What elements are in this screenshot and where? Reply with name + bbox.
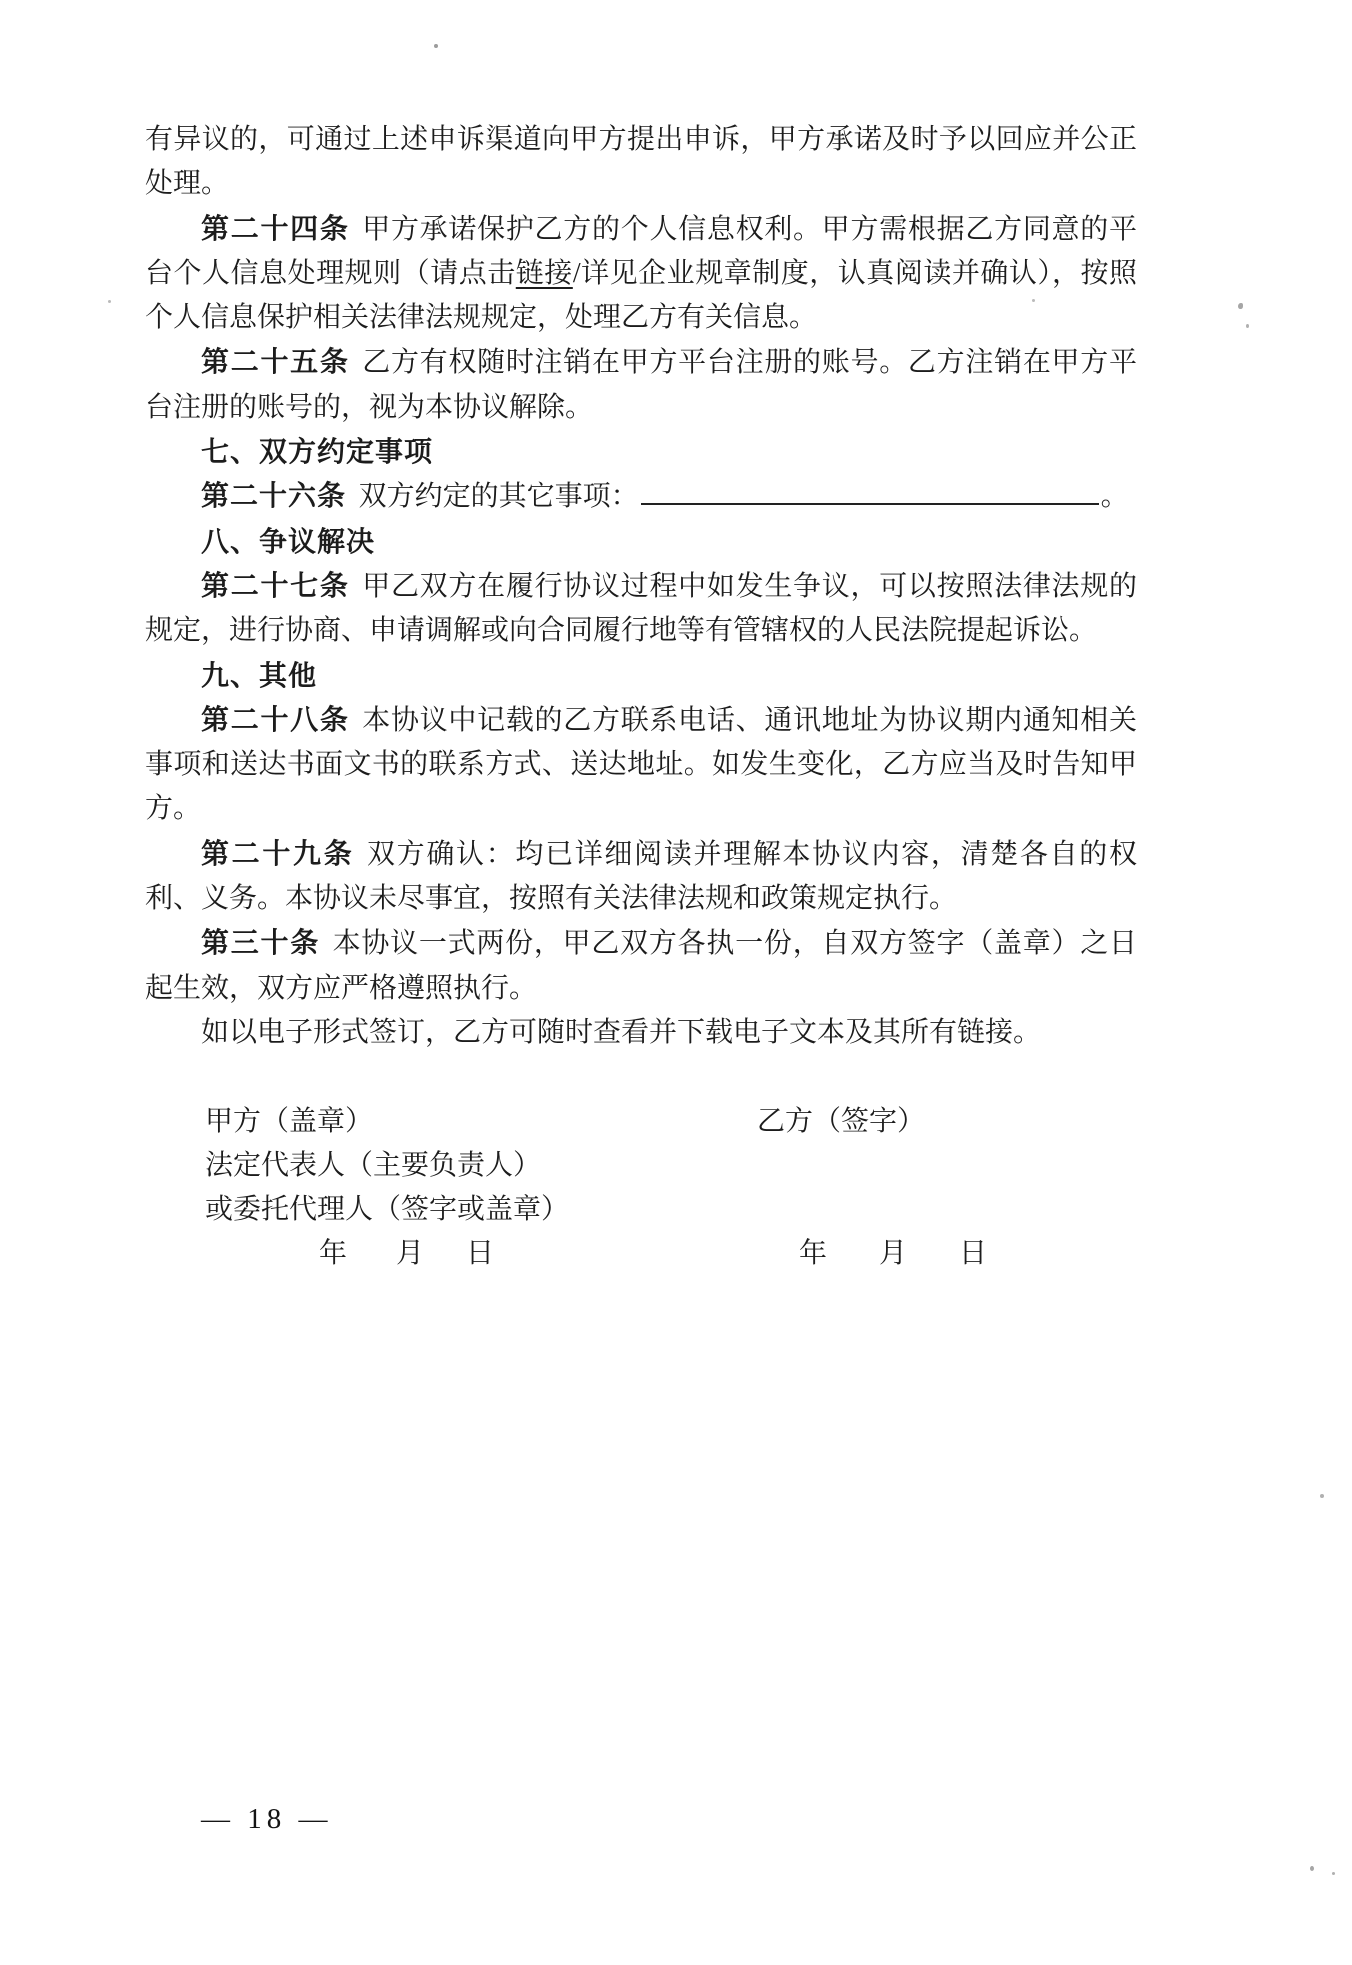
document-body: 有异议的，可通过上述申诉渠道向甲方提出申诉，甲方承诺及时予以回应并公正处理。第二… bbox=[145, 118, 1137, 1277]
article-number: 第二十四条 bbox=[201, 213, 350, 244]
section-heading: 九、其他 bbox=[145, 654, 1137, 698]
article-number: 第二十六条 bbox=[201, 480, 346, 511]
blank-label: 双方约定的其它事项： bbox=[359, 481, 639, 512]
article-number: 第三十条 bbox=[201, 927, 320, 958]
scan-speck bbox=[1332, 1872, 1335, 1875]
article-paragraph: 第二十五条乙方有权随时注销在甲方平台注册的账号。乙方注销在甲方平台注册的账号的，… bbox=[145, 340, 1137, 430]
scan-speck bbox=[1320, 1494, 1324, 1498]
article-paragraph: 第二十四条甲方承诺保护乙方的个人信息权利。甲方需根据乙方同意的平台个人信息处理规… bbox=[145, 207, 1137, 341]
text-segment: 如以电子形式签订，乙方可随时查看并下载电子文本及其所有链接。 bbox=[201, 1017, 1041, 1048]
article-paragraph: 第二十九条双方确认：均已详细阅读并理解本协议内容，清楚各自的权利、义务。本协议未… bbox=[145, 832, 1137, 922]
date-field-day: 日 bbox=[466, 1232, 494, 1276]
date-field-year: 年 bbox=[799, 1232, 827, 1276]
section-heading: 七、双方约定事项 bbox=[145, 430, 1137, 474]
article-number: 第二十九条 bbox=[201, 838, 354, 869]
page-number: — 18 — bbox=[201, 1803, 333, 1836]
date-field-year: 年 bbox=[319, 1232, 347, 1276]
party-b-signature-label: 乙方（签字） bbox=[757, 1100, 925, 1144]
entrusted-agent-label: 或委托代理人（签字或盖章） bbox=[145, 1188, 1137, 1232]
party-a-signature-label: 甲方（盖章） bbox=[205, 1100, 373, 1144]
date-field-month: 月 bbox=[396, 1232, 424, 1276]
text-segment: 有异议的，可通过上述申诉渠道向甲方提出申诉，甲方承诺及时予以回应并公正处理。 bbox=[145, 124, 1137, 199]
article-number: 第二十八条 bbox=[201, 704, 350, 735]
signature-row-parties: 甲方（盖章）乙方（签字） bbox=[145, 1100, 1137, 1144]
section-heading: 八、争议解决 bbox=[145, 520, 1137, 564]
scan-speck bbox=[108, 300, 111, 303]
article-paragraph: 第二十八条本协议中记载的乙方联系电话、通讯地址为协议期内通知相关事项和送达书面文… bbox=[145, 698, 1137, 832]
article-number: 第二十五条 bbox=[201, 346, 350, 377]
article-paragraph: 第三十条本协议一式两份，甲乙双方各执一份，自双方签字（盖章）之日起生效，双方应严… bbox=[145, 921, 1137, 1011]
article-paragraph: 第二十六条双方约定的其它事项：。 bbox=[145, 474, 1137, 519]
scan-speck bbox=[1238, 303, 1243, 309]
scan-speck bbox=[434, 44, 438, 48]
scan-speck bbox=[1310, 1866, 1314, 1871]
article-paragraph: 第二十七条甲乙双方在履行协议过程中如发生争议，可以按照法律法规的规定，进行协商、… bbox=[145, 564, 1137, 654]
paragraph: 有异议的，可通过上述申诉渠道向甲方提出申诉，甲方承诺及时予以回应并公正处理。 bbox=[145, 118, 1137, 207]
legal-representative-label: 法定代表人（主要负责人） bbox=[145, 1144, 1137, 1188]
article-number: 第二十七条 bbox=[201, 570, 350, 601]
scanned-contract-page: 有异议的，可通过上述申诉渠道向甲方提出申诉，甲方承诺及时予以回应并公正处理。第二… bbox=[0, 0, 1352, 1965]
text-segment: 。 bbox=[1101, 481, 1129, 512]
scan-speck bbox=[1032, 299, 1035, 302]
fill-in-blank-line bbox=[641, 500, 1099, 505]
link-text: 链接 bbox=[516, 258, 573, 289]
blank-line-gap bbox=[145, 1055, 1137, 1099]
date-field-month: 月 bbox=[879, 1232, 907, 1276]
paragraph: 如以电子形式签订，乙方可随时查看并下载电子文本及其所有链接。 bbox=[145, 1011, 1137, 1055]
date-field-day: 日 bbox=[959, 1232, 987, 1276]
scan-speck bbox=[1246, 324, 1249, 328]
date-row: 年月日年月日 bbox=[145, 1232, 1137, 1276]
